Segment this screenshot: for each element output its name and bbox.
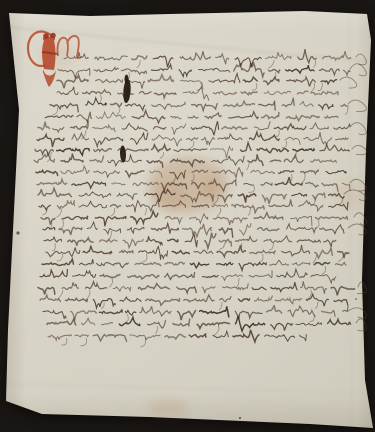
photo-of-manuscript: [0, 0, 375, 432]
paper-shadow-wrap: [0, 0, 375, 432]
manuscript-page: [0, 0, 375, 432]
